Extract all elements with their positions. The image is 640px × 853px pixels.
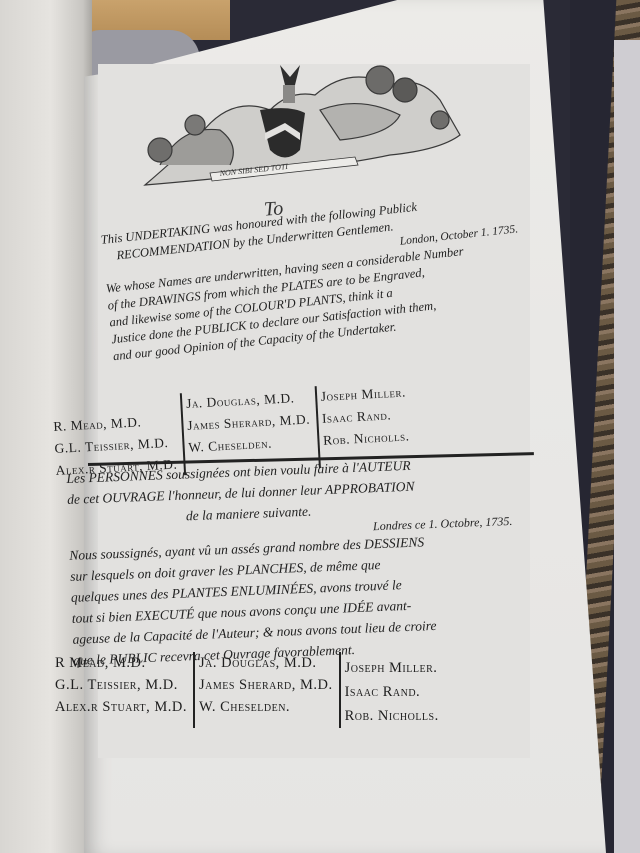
signatory-name: James Sherard, M.D.: [199, 674, 333, 696]
signatory-name: G.L. Teissier, M.D.: [55, 674, 187, 696]
signatory-name: Joseph Miller.: [345, 656, 439, 680]
signatory-name: Rob. Nicholls.: [323, 425, 410, 451]
signatory-name: Rob. Nicholls.: [345, 704, 439, 728]
signatory-name: Isaac Rand.: [345, 680, 439, 704]
signatory-column: Joseph Miller. Isaac Rand. Rob. Nicholls…: [339, 652, 439, 728]
french-signatories: R Mead, M.D. G.L. Teissier, M.D. Alex.r …: [55, 652, 439, 728]
signatory-name: R Mead, M.D.: [55, 652, 187, 674]
signatory-name: Alex.r Stuart, M.D.: [55, 696, 187, 718]
photo-scene: NON SIBI SED TOTI To This UNDERTAKING wa…: [0, 0, 640, 853]
signatory-column: R Mead, M.D. G.L. Teissier, M.D. Alex.r …: [55, 652, 187, 728]
french-recommendation: Les PERSONNES soussignées ont bien voulu…: [66, 450, 533, 671]
signatory-column: Ja. Douglas, M.D. James Sherard, M.D. W.…: [193, 652, 333, 728]
grey-support: [614, 40, 640, 853]
signatory-name: Ja. Douglas, M.D.: [199, 652, 333, 674]
coat-of-arms-vignette-icon: NON SIBI SED TOTI: [140, 55, 470, 190]
signatory-name: W. Cheselden.: [199, 696, 333, 718]
